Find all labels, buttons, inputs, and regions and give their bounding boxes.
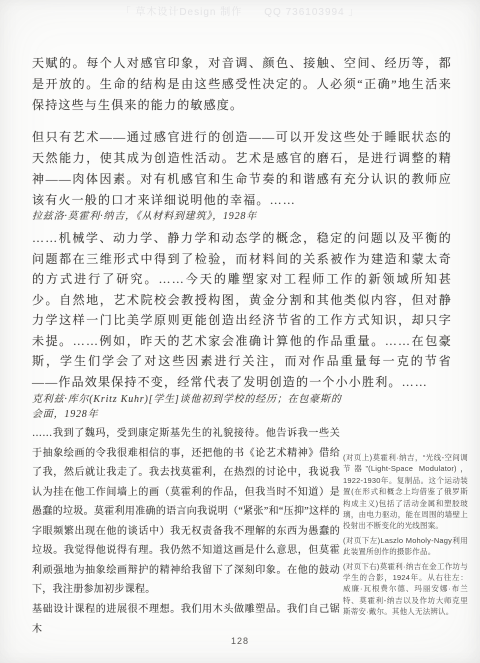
caption-photo-work: (对页下左)Laszlo Moholy-Nagy利用此装置所创作的摄影作品。 [343,535,468,558]
caption-metal-workshop-photo: (对页下右)莫霍利·纳吉在金工作坊与学生的合影，1924年。从右往左：威廉·瓦根… [343,561,468,618]
attribution-kritz-kuhr: 克利兹·库尔(Kritz Kuhr)[学生]谈他初到学校的经历；在包豪斯的会面，… [32,392,350,422]
body-paragraph-2: 但只有艺术——通过感官进行的创造——可以开发这些处于睡眠状态的天然能力，使其成为… [32,127,452,211]
watermark-text: 「 草木设计Design 制作 QQ 736103994 」 [0,3,480,18]
body-paragraph-5: 基础设计课程的进展很不理想。我们用木头做雕塑品。我们自己锯木 [32,600,340,639]
body-paragraph-4: ……我到了魏玛，受到康定斯基先生的礼貌接待。他告诉我一些关于抽象绘画的令我很难相… [32,424,340,600]
body-paragraph-3: ……机械学、动力学、静力学和动态学的概念，稳定的问题以及平衡的问题都在三维形式中… [32,228,452,392]
page-number: 128 [0,636,480,646]
body-paragraph-1: 天赋的。每个人对感官印象，对音调、颜色、接触、空间、经历等，都是开放的。生命的结… [32,53,452,116]
caption-light-space-modulator: (对页上)莫霍利·纳吉，“光线-空间调节器”(Light-Space Modul… [343,452,468,532]
margin-caption-column: (对页上)莫霍利·纳吉，“光线-空间调节器”(Light-Space Modul… [343,452,468,621]
attribution-moholy-nagy: 拉兹洛·莫霍利·纳吉，《从材料到建筑》，1928年 [32,209,444,224]
book-page: 「 草木设计Design 制作 QQ 736103994 」 天赋的。每个人对感… [0,0,480,663]
